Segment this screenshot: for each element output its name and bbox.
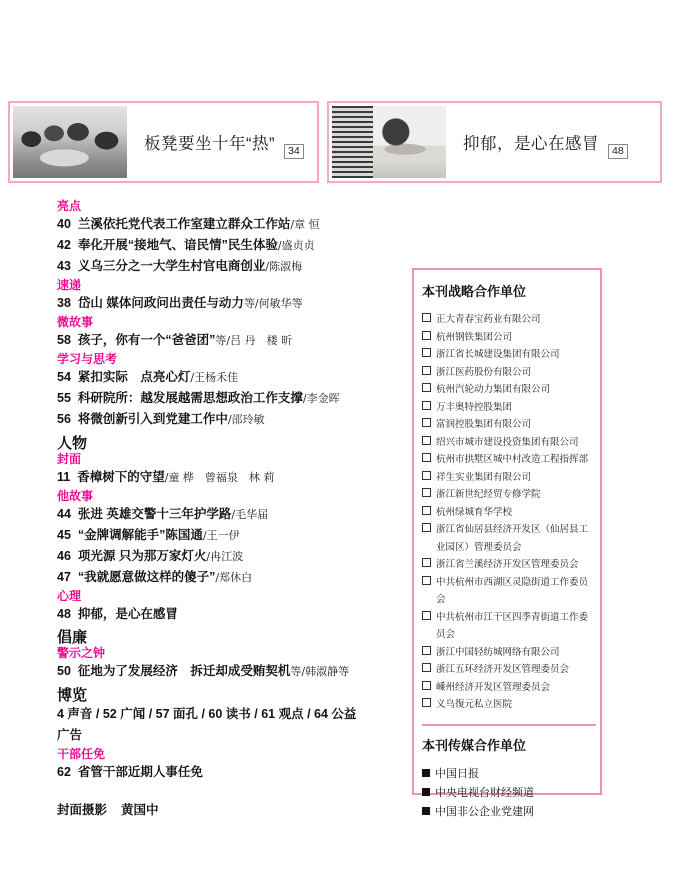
entry-title: 征地为了发展经济 拆迁却成受贿契机 <box>78 664 291 678</box>
toc-entry[interactable]: 40兰溪依托党代表工作室建立群众工作站/章 恒 <box>57 214 389 235</box>
entry-authors: /陈淑梅 <box>265 260 302 273</box>
partner-item: 杭州绿城育华学校 <box>422 504 596 522</box>
partner-name: 杭州汽轮动力集团有限公司 <box>436 384 550 395</box>
section-label: 警示之钟 <box>57 647 389 659</box>
panel-divider <box>422 724 596 726</box>
checkbox-icon <box>422 313 431 322</box>
media-partner-name: 中国日报 <box>435 768 479 780</box>
section-group-title: 博览 <box>57 688 389 703</box>
partner-item: 富润控股集团有限公司 <box>422 416 596 434</box>
checkbox-icon <box>422 646 431 655</box>
strategic-partners-title: 本刊战略合作单位 <box>422 284 596 300</box>
partner-name: 祥生实业集团有限公司 <box>436 472 531 483</box>
checkbox-icon <box>422 401 431 410</box>
partner-item: 义乌復元私立医院 <box>422 696 596 714</box>
partner-name: 浙江新世纪经贸专修学院 <box>436 489 541 500</box>
partner-name: 浙江省仙居县经济开发区（仙居县工业园区）管理委员会 <box>436 524 588 553</box>
toc-entry[interactable]: 55科研院所：越发展越需思想政治工作支撑/李金晖 <box>57 388 389 409</box>
filled-square-icon <box>422 769 430 777</box>
entry-page-number: 40 <box>57 217 71 231</box>
entry-page-number: 42 <box>57 238 71 252</box>
media-partner-item: 中国日报 <box>422 765 596 784</box>
checkbox-icon <box>422 576 431 585</box>
partner-item: 正大青春宝药业有限公司 <box>422 311 596 329</box>
entry-title: 紧扣实际 点亮心灯 <box>78 370 191 384</box>
partner-item: 浙江新世纪经贸专修学院 <box>422 486 596 504</box>
cover-photo-credit: 封面摄影黄国中 <box>57 800 159 818</box>
partner-name: 浙江五环经济开发区管理委员会 <box>436 664 569 675</box>
entry-authors: 等/吕 丹 楼 昕 <box>215 334 292 347</box>
sleeping-photo <box>332 106 446 178</box>
toc-entry[interactable]: 43义乌三分之一大学生村官电商创业/陈淑梅 <box>57 256 389 277</box>
entry-authors: 等/何敏华等 <box>244 297 303 310</box>
entry-page-number: 62 <box>57 765 71 779</box>
section-label: 干部任免 <box>57 748 389 760</box>
checkbox-icon <box>422 383 431 392</box>
toc-entry[interactable]: 62省管干部近期人事任免 <box>57 762 389 782</box>
toc-entry[interactable]: 44张进 英雄交警十三年护学路/毛华届 <box>57 504 389 525</box>
entry-authors: /盛贞贞 <box>278 239 315 252</box>
partner-name: 义乌復元私立医院 <box>436 699 512 710</box>
section-label: 他故事 <box>57 490 389 502</box>
credit-value: 黄国中 <box>121 803 159 817</box>
partner-item: 万丰奥特控股集团 <box>422 399 596 417</box>
partner-name: 中共杭州市江干区四季青街道工作委员会 <box>436 612 588 641</box>
partner-item: 中共杭州市西湖区灵隐街道工作委员会 <box>422 574 596 609</box>
checkbox-icon <box>422 348 431 357</box>
entry-authors: 等/韩淑静等 <box>290 665 349 678</box>
media-partners-list: 中国日报中央电视台财经频道中国非公企业党建网 <box>422 765 596 822</box>
partner-name: 浙江医药股份有限公司 <box>436 367 531 378</box>
entry-authors: /郑休白 <box>215 571 252 584</box>
entry-title: “我就愿意做这样的傻子” <box>78 570 216 584</box>
entry-page-number: 55 <box>57 391 71 405</box>
partner-name: 嵊州经济开发区管理委员会 <box>436 682 550 693</box>
partner-name: 正大青春宝药业有限公司 <box>436 314 541 325</box>
toc-entry[interactable]: 45“金牌调解能手”陈国通/王一伊 <box>57 525 389 546</box>
partner-item: 浙江医药股份有限公司 <box>422 364 596 382</box>
toc-entry[interactable]: 11香樟树下的守望/童 桦 曾福泉 林 莉 <box>57 467 389 488</box>
entry-title: 香樟树下的守望 <box>77 470 165 484</box>
checkbox-icon <box>422 698 431 707</box>
checkbox-icon <box>422 331 431 340</box>
checkbox-icon <box>422 663 431 672</box>
partner-name: 中共杭州市西湖区灵隐街道工作委员会 <box>436 577 588 606</box>
section-label: 微故事 <box>57 316 389 328</box>
entry-title: 义乌三分之一大学生村官电商创业 <box>78 259 266 273</box>
partner-item: 祥生实业集团有限公司 <box>422 469 596 487</box>
section-group-title: 倡廉 <box>57 630 389 645</box>
partner-name: 万丰奥特控股集团 <box>436 402 512 413</box>
feature-title-text: 板凳要坐十年“热” <box>144 135 275 153</box>
partner-item: 中共杭州市江干区四季青街道工作委员会 <box>422 609 596 644</box>
entry-authors: /童 桦 曾福泉 林 莉 <box>165 471 275 484</box>
section-label: 速递 <box>57 279 389 291</box>
partner-item: 浙江省兰溪经济开发区管理委员会 <box>422 556 596 574</box>
entry-page-number: 38 <box>57 296 71 310</box>
media-partner-item: 中国非公企业党建网 <box>422 803 596 822</box>
checkbox-icon <box>422 436 431 445</box>
filled-square-icon <box>422 807 430 815</box>
entry-authors: /李金晖 <box>303 392 340 405</box>
feature-card-depression[interactable]: 抑郁，是心在感冒48 <box>327 101 662 183</box>
feature-page-number: 48 <box>608 144 628 159</box>
partner-item: 嵊州经济开发区管理委员会 <box>422 679 596 697</box>
entry-page-number: 50 <box>57 664 71 678</box>
media-partner-name: 中央电视台财经频道 <box>435 787 534 799</box>
toc-column: 亮点40兰溪依托党代表工作室建立群众工作站/章 恒42奉化开展“接地气、谙民情”… <box>57 200 389 782</box>
partners-panel: 本刊战略合作单位 正大青春宝药业有限公司杭州钢铁集团公司浙江省长城建设集团有限公… <box>412 268 602 795</box>
partner-item: 绍兴市城市建设投资集团有限公司 <box>422 434 596 452</box>
entry-title: “金牌调解能手”陈国通 <box>78 528 203 542</box>
entry-page-number: 48 <box>57 607 71 621</box>
entry-page-number: 56 <box>57 412 71 426</box>
media-partner-name: 中国非公企业党建网 <box>435 806 534 818</box>
media-partner-item: 中央电视台财经频道 <box>422 784 596 803</box>
entry-authors: /章 恒 <box>290 218 319 231</box>
checkbox-icon <box>422 558 431 567</box>
toc-entry[interactable]: 56将微创新引入到党建工作中/邵玲敏 <box>57 409 389 430</box>
entry-title: 科研院所：越发展越需思想政治工作支撑 <box>78 391 303 405</box>
partner-item: 杭州钢铁集团公司 <box>422 329 596 347</box>
toc-entry[interactable]: 50征地为了发展经济 拆迁却成受贿契机等/韩淑静等 <box>57 661 389 682</box>
feature-title: 板凳要坐十年“热”34 <box>144 130 304 154</box>
partner-name: 杭州市拱墅区城中村改造工程指挥部 <box>436 454 588 465</box>
section-label: 心理 <box>57 590 389 602</box>
filled-square-icon <box>422 788 430 796</box>
toc-entry[interactable]: 38岱山 媒体问政问出责任与动力等/何敏华等 <box>57 293 389 314</box>
feature-title-text: 抑郁，是心在感冒 <box>463 135 599 153</box>
partner-name: 富润控股集团有限公司 <box>436 419 531 430</box>
partner-item: 浙江中国轻纺城网络有限公司 <box>422 644 596 662</box>
partner-name: 浙江省兰溪经济开发区管理委员会 <box>436 559 579 570</box>
entry-title: 兰溪依托党代表工作室建立群众工作站 <box>78 217 291 231</box>
entry-page-number: 45 <box>57 528 71 542</box>
meeting-photo <box>13 106 127 178</box>
entry-page-number: 11 <box>57 470 70 484</box>
entry-title: 孩子，你有一个“爸爸团” <box>78 333 216 347</box>
checkbox-icon <box>422 418 431 427</box>
magazine-toc-page: 板凳要坐十年“热”34 抑郁，是心在感冒48 亮点40兰溪依托党代表工作室建立群… <box>0 0 683 878</box>
feature-card-benches[interactable]: 板凳要坐十年“热”34 <box>8 101 319 183</box>
checkbox-icon <box>422 523 431 532</box>
section-label: 亮点 <box>57 200 389 212</box>
checkbox-icon <box>422 471 431 480</box>
entry-title: 奉化开展“接地气、谙民情”民生体验 <box>78 238 278 252</box>
toc-entry[interactable]: 54紧扣实际 点亮心灯/王杨禾佳 <box>57 367 389 388</box>
feature-page-number: 34 <box>284 144 304 159</box>
partner-name: 杭州钢铁集团公司 <box>436 332 512 343</box>
checkbox-icon <box>422 506 431 515</box>
entry-authors: /王杨禾佳 <box>190 371 238 384</box>
section-label: 封面 <box>57 453 389 465</box>
entry-title: 省管干部近期人事任免 <box>78 765 203 779</box>
entry-page-number: 58 <box>57 333 71 347</box>
entry-page-number: 44 <box>57 507 71 521</box>
entry-page-number: 47 <box>57 570 71 584</box>
partner-item: 浙江省仙居县经济开发区（仙居县工业园区）管理委员会 <box>422 521 596 556</box>
entry-authors: /毛华届 <box>231 508 268 521</box>
partner-name: 杭州绿城育华学校 <box>436 507 512 518</box>
feature-title: 抑郁，是心在感冒48 <box>463 130 628 154</box>
checkbox-icon <box>422 488 431 497</box>
media-partners-title: 本刊传媒合作单位 <box>422 738 596 754</box>
partner-item: 杭州市拱墅区城中村改造工程指挥部 <box>422 451 596 469</box>
section-group-title: 人物 <box>57 436 389 451</box>
entry-authors: /王一伊 <box>203 529 240 542</box>
toc-entry[interactable]: 58孩子，你有一个“爸爸团”等/吕 丹 楼 昕 <box>57 330 389 351</box>
entry-title: 张进 英雄交警十三年护学路 <box>78 507 231 521</box>
credit-label: 封面摄影 <box>57 803 107 817</box>
toc-entry[interactable]: 42奉化开展“接地气、谙民情”民生体验/盛贞贞 <box>57 235 389 256</box>
section-label: 学习与思考 <box>57 353 389 365</box>
toc-entry[interactable]: 47“我就愿意做这样的傻子”/郑休白 <box>57 567 389 588</box>
partner-name: 浙江省长城建设集团有限公司 <box>436 349 560 360</box>
entry-title: 抑郁，是心在感冒 <box>78 607 178 621</box>
partner-item: 浙江五环经济开发区管理委员会 <box>422 661 596 679</box>
partner-item: 杭州汽轮动力集团有限公司 <box>422 381 596 399</box>
checkbox-icon <box>422 366 431 375</box>
entry-title: 岱山 媒体问政问出责任与动力 <box>78 296 244 310</box>
checkbox-icon <box>422 681 431 690</box>
entry-page-number: 54 <box>57 370 71 384</box>
entry-title: 项光源 只为那万家灯火 <box>78 549 206 563</box>
entry-title: 将微创新引入到党建工作中 <box>78 412 228 426</box>
partner-name: 绍兴市城市建设投资集团有限公司 <box>436 437 579 448</box>
strategic-partners-list: 正大青春宝药业有限公司杭州钢铁集团公司浙江省长城建设集团有限公司浙江医药股份有限… <box>422 311 596 714</box>
entry-authors: /冉江波 <box>206 550 243 563</box>
partner-name: 浙江中国轻纺城网络有限公司 <box>436 647 560 658</box>
entry-page-number: 46 <box>57 549 71 563</box>
checkbox-icon <box>422 611 431 620</box>
entry-authors: /邵玲敏 <box>228 413 265 426</box>
checkbox-icon <box>422 453 431 462</box>
digest-line: 4 声音 / 52 广闻 / 57 面孔 / 60 读书 / 61 观点 / 6… <box>57 704 362 746</box>
toc-entry[interactable]: 46项光源 只为那万家灯火/冉江波 <box>57 546 389 567</box>
toc-entry[interactable]: 48抑郁，是心在感冒 <box>57 604 389 624</box>
entry-page-number: 43 <box>57 259 71 273</box>
partner-item: 浙江省长城建设集团有限公司 <box>422 346 596 364</box>
